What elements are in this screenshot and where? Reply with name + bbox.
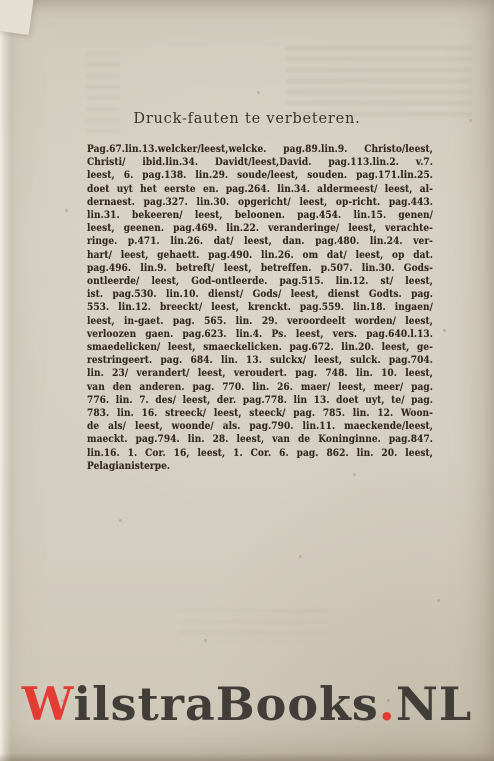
errata-line: 783. lin. 16. streeck/ leest, steeck/ pa… [87,407,433,420]
watermark-wilstrabooks: WilstraBooks.NL [0,681,494,727]
book-page-photo: Druck-fauten te verbeteren. Pag.67.lin.1… [0,0,494,761]
errata-line: ist. pag.530. lin.10. dienst/ Gods/ lees… [87,288,433,301]
errata-line: leest, geenen. pag.469. lin.22. verander… [87,222,433,235]
watermark-suffix: NL [396,677,472,731]
errata-line: de als/ leest, woonde/ als. pag.790. lin… [87,420,433,433]
watermark-dot: . [379,677,396,731]
errata-line: lin.16. 1. Cor. 16, leest, 1. Cor. 6. pa… [87,447,433,460]
errata-line: Pelagianisterpe. [87,460,433,473]
errata-line: ontleerde/ leest, God-ontleerde. pag.515… [87,275,433,288]
paper-corner [0,0,35,35]
errata-line: van den anderen. pag. 770. lin. 26. maer… [87,381,433,394]
errata-line: Pag.67.lin.13.welcker/leest,welcke. pag.… [87,143,433,156]
errata-line: lin. 23/ verandert/ leest, veroudert. pa… [87,367,433,380]
errata-line: leest, in-gaet. pag. 565. lin. 29. veroo… [87,315,433,328]
errata-line: lin.31. bekeeren/ leest, beloonen. pag.4… [87,209,433,222]
page-title: Druck-fauten te verbeteren. [0,111,494,127]
watermark-middle: ilstraBooks [74,677,379,731]
errata-line: restringeert. pag. 684. lin. 13. sulckx/… [87,354,433,367]
errata-line: hart/ leest, gehaett. pag.490. lin.26. o… [87,249,433,262]
errata-line: 553. lin.12. breeckt/ leest, krenckt. pa… [87,301,433,314]
paper-bottom-shadow [0,753,494,761]
foxing-specks [0,0,1,1]
errata-line: smaedelicken/ leest, smaeckelicken. pag.… [87,341,433,354]
show-through-text [286,46,472,118]
errata-line: leest, 6. pag.138. lin.29. soude/leest, … [87,169,433,182]
errata-line: ringe. p.471. lin.26. dat/ leest, dan. p… [87,235,433,248]
errata-line: doet uyt het eerste en. pag.264. lin.34.… [87,183,433,196]
errata-line: verloozen gaen. pag.623. lin.4. Ps. lees… [87,328,433,341]
errata-line: dernaest. pag.327. lin.30. opgericht/ le… [87,196,433,209]
errata-line: pag.496. lin.9. betreft/ leest, betreffe… [87,262,433,275]
errata-line: Christi/ ibid.lin.34. Davidt/leest,David… [87,156,433,169]
watermark-initial: W [22,677,74,731]
errata-paragraph: Pag.67.lin.13.welcker/leest,welcke. pag.… [87,143,433,473]
show-through-text [178,609,328,643]
errata-line: 776. lin. 7. des/ leest, der. pag.778. l… [87,394,433,407]
errata-line: maeckt. pag.794. lin. 28. leest, van de … [87,433,433,446]
